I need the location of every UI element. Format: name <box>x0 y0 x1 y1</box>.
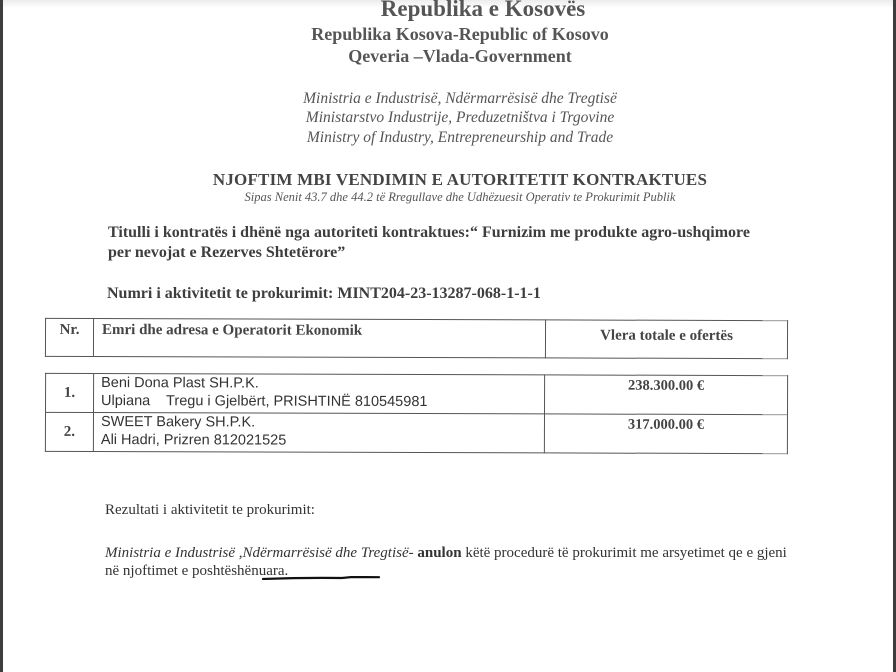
ministry-name-serbian: Ministarstvo Industrije, Preduzetništva … <box>260 109 660 127</box>
republic-title: Republika e Kosovës <box>302 0 664 22</box>
result-text: Ministria e Industrisë ,Ndërmarrësisë dh… <box>105 544 795 580</box>
republic-multilingual: Republika Kosova-Republic of Kosovo <box>290 24 630 45</box>
procurement-number-label: Numri i aktivitetit te prokurimit: <box>107 285 333 302</box>
operators-table: 1. Beni Dona Plast SH.P.K. Ulpiana Tregu… <box>45 373 788 454</box>
contract-title-label: Titulli i kontratës i dhënë nga autorite… <box>108 224 470 241</box>
row-number: 2. <box>45 412 93 451</box>
result-ministry: Ministria e Industrisë ,Ndërmarrësisë dh… <box>105 545 409 561</box>
result-action: anulon <box>417 545 461 561</box>
handwritten-underline <box>262 576 380 580</box>
header-offer-value: Vlera totale e ofertës <box>545 320 787 359</box>
header-nr: Nr. <box>45 318 93 356</box>
ministry-name-albanian: Ministria e Industrisë, Ndërmarrësisë dh… <box>260 90 660 108</box>
row-number: 1. <box>46 373 94 412</box>
operator-address: Ulpiana Tregu i Gjelbërt, PRISHTINË 8105… <box>101 392 544 411</box>
procurement-number-value: MINT204-23-13287-068-1-1-1 <box>337 285 541 302</box>
offer-value: 238.300.00 € <box>544 375 787 415</box>
table-row: 2. SWEET Bakery SH.P.K. Ali Hadri, Prizr… <box>45 412 787 453</box>
operator-cell: Beni Dona Plast SH.P.K. Ulpiana Tregu i … <box>94 373 545 413</box>
contract-title: Titulli i kontratës i dhënë nga autorite… <box>108 223 768 263</box>
procurement-number: Numri i aktivitetit te prokurimit: MINT2… <box>107 285 541 303</box>
operator-cell: SWEET Bakery SH.P.K. Ali Hadri, Prizren … <box>93 412 544 452</box>
ministry-name-english: Ministry of Industry, Entrepreneurship a… <box>260 129 660 147</box>
scan-edge-left <box>0 0 3 672</box>
operator-name: SWEET Bakery SH.P.K. <box>101 413 544 432</box>
notice-title: NJOFTIM MBI VENDIMIN E AUTORITETIT KONTR… <box>200 170 720 190</box>
notice-subtitle: Sipas Nenit 43.7 dhe 44.2 të Rregullave … <box>150 190 770 205</box>
operator-name: Beni Dona Plast SH.P.K. <box>101 374 544 393</box>
header-operator: Emri dhe adresa e Operatorit Ekonomik <box>93 318 545 357</box>
operators-table-header: Nr. Emri dhe adresa e Operatorit Ekonomi… <box>45 318 788 359</box>
operator-address: Ali Hadri, Prizren 812021525 <box>101 431 544 450</box>
government-title: Qeveria –Vlada-Government <box>290 46 630 67</box>
table-row: 1. Beni Dona Plast SH.P.K. Ulpiana Tregu… <box>46 373 788 414</box>
offer-value: 317.000.00 € <box>544 414 787 454</box>
result-label: Rezultati i aktivitetit te prokurimit: <box>105 502 315 519</box>
